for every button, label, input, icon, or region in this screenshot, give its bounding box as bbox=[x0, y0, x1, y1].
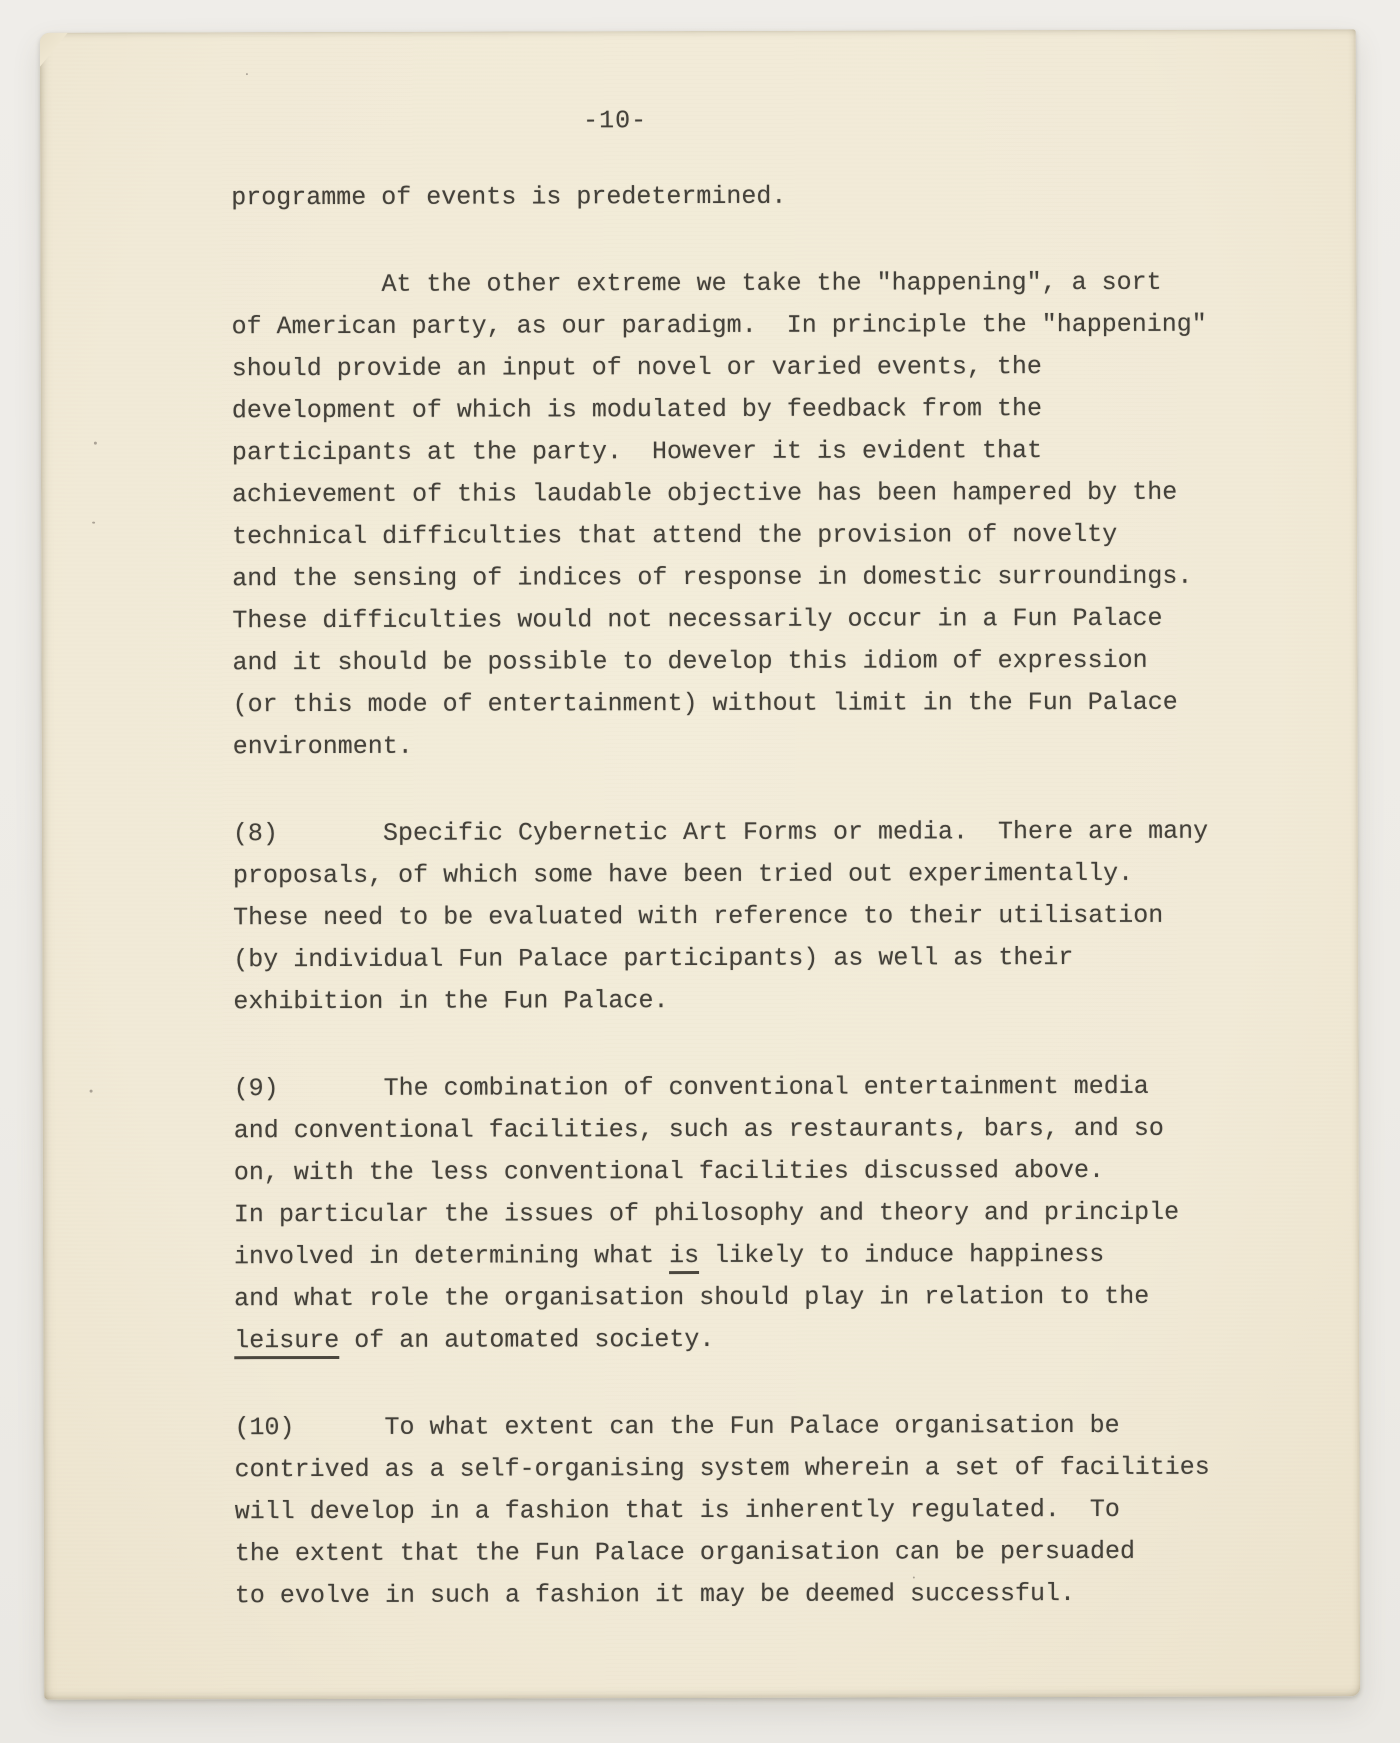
text-line: At the other extreme we take the "happen… bbox=[231, 262, 1271, 307]
section-8: (8) Specific Cybernetic Art Forms or med… bbox=[233, 811, 1274, 1024]
text-line: (9) The combination of conventional ente… bbox=[234, 1065, 1274, 1110]
text-line: (or this mode of entertainment) without … bbox=[233, 682, 1273, 727]
section-10: (10) To what extent can the Fun Palace o… bbox=[234, 1404, 1275, 1617]
typewritten-content: -10- programme of events is predetermine… bbox=[231, 99, 1275, 1618]
underlined-word: leisure bbox=[234, 1326, 339, 1359]
paper-sheet: -10- programme of events is predetermine… bbox=[40, 29, 1360, 1699]
text-line: and conventional facilities, such as res… bbox=[234, 1107, 1274, 1152]
paragraph-continuation: programme of events is predetermined. bbox=[231, 175, 1271, 220]
text-line: and it should be possible to develop thi… bbox=[232, 640, 1272, 685]
text-line: will develop in a fashion that is inhere… bbox=[235, 1488, 1275, 1533]
section-9: (9) The combination of conventional ente… bbox=[234, 1065, 1275, 1362]
text-line: In particular the issues of philosophy a… bbox=[234, 1191, 1274, 1236]
underlined-word: is bbox=[669, 1241, 699, 1274]
text-line: (8) Specific Cybernetic Art Forms or med… bbox=[233, 811, 1273, 856]
text-line: to evolve in such a fashion it may be de… bbox=[235, 1572, 1275, 1617]
text-line: should provide an input of novel or vari… bbox=[232, 346, 1272, 391]
text-line: leisure of an automated society. bbox=[234, 1317, 1274, 1362]
text-line: proposals, of which some have been tried… bbox=[233, 852, 1273, 897]
text-line: achievement of this laudable objective h… bbox=[232, 472, 1272, 517]
text-line: exhibition in the Fun Palace. bbox=[233, 978, 1273, 1023]
paper-speck bbox=[246, 73, 248, 75]
text-line: environment. bbox=[233, 724, 1273, 769]
text-line: These difficulties would not necessarily… bbox=[232, 598, 1272, 643]
paper-speck bbox=[92, 522, 95, 524]
paper-speck bbox=[90, 1090, 93, 1093]
paragraph-happening: At the other extreme we take the "happen… bbox=[231, 262, 1272, 769]
text-line: involved in determining what is likely t… bbox=[234, 1233, 1274, 1278]
page-number: -10- bbox=[583, 99, 1271, 143]
paper-speck bbox=[94, 442, 97, 445]
text-line: technical difficulties that attend the p… bbox=[232, 514, 1272, 559]
text-line: participants at the party. However it is… bbox=[232, 430, 1272, 475]
text-line: (10) To what extent can the Fun Palace o… bbox=[234, 1404, 1274, 1449]
text-line: development of which is modulated by fee… bbox=[232, 388, 1272, 433]
text-line: These need to be evaluated with referenc… bbox=[233, 894, 1273, 939]
text-line: (by individual Fun Palace participants) … bbox=[233, 936, 1273, 981]
text-line: contrived as a self-organising system wh… bbox=[235, 1446, 1275, 1491]
text-line: of American party, as our paradigm. In p… bbox=[232, 304, 1272, 349]
text-line: the extent that the Fun Palace organisat… bbox=[235, 1530, 1275, 1575]
text-line: programme of events is predetermined. bbox=[231, 175, 1271, 220]
text-line: and what role the organisation should pl… bbox=[234, 1275, 1274, 1320]
text-line: on, with the less conventional facilitie… bbox=[234, 1149, 1274, 1194]
paper-corner-fold bbox=[40, 33, 68, 67]
text-line: and the sensing of indices of response i… bbox=[232, 556, 1272, 601]
document-body: programme of events is predetermined. At… bbox=[231, 175, 1275, 1618]
